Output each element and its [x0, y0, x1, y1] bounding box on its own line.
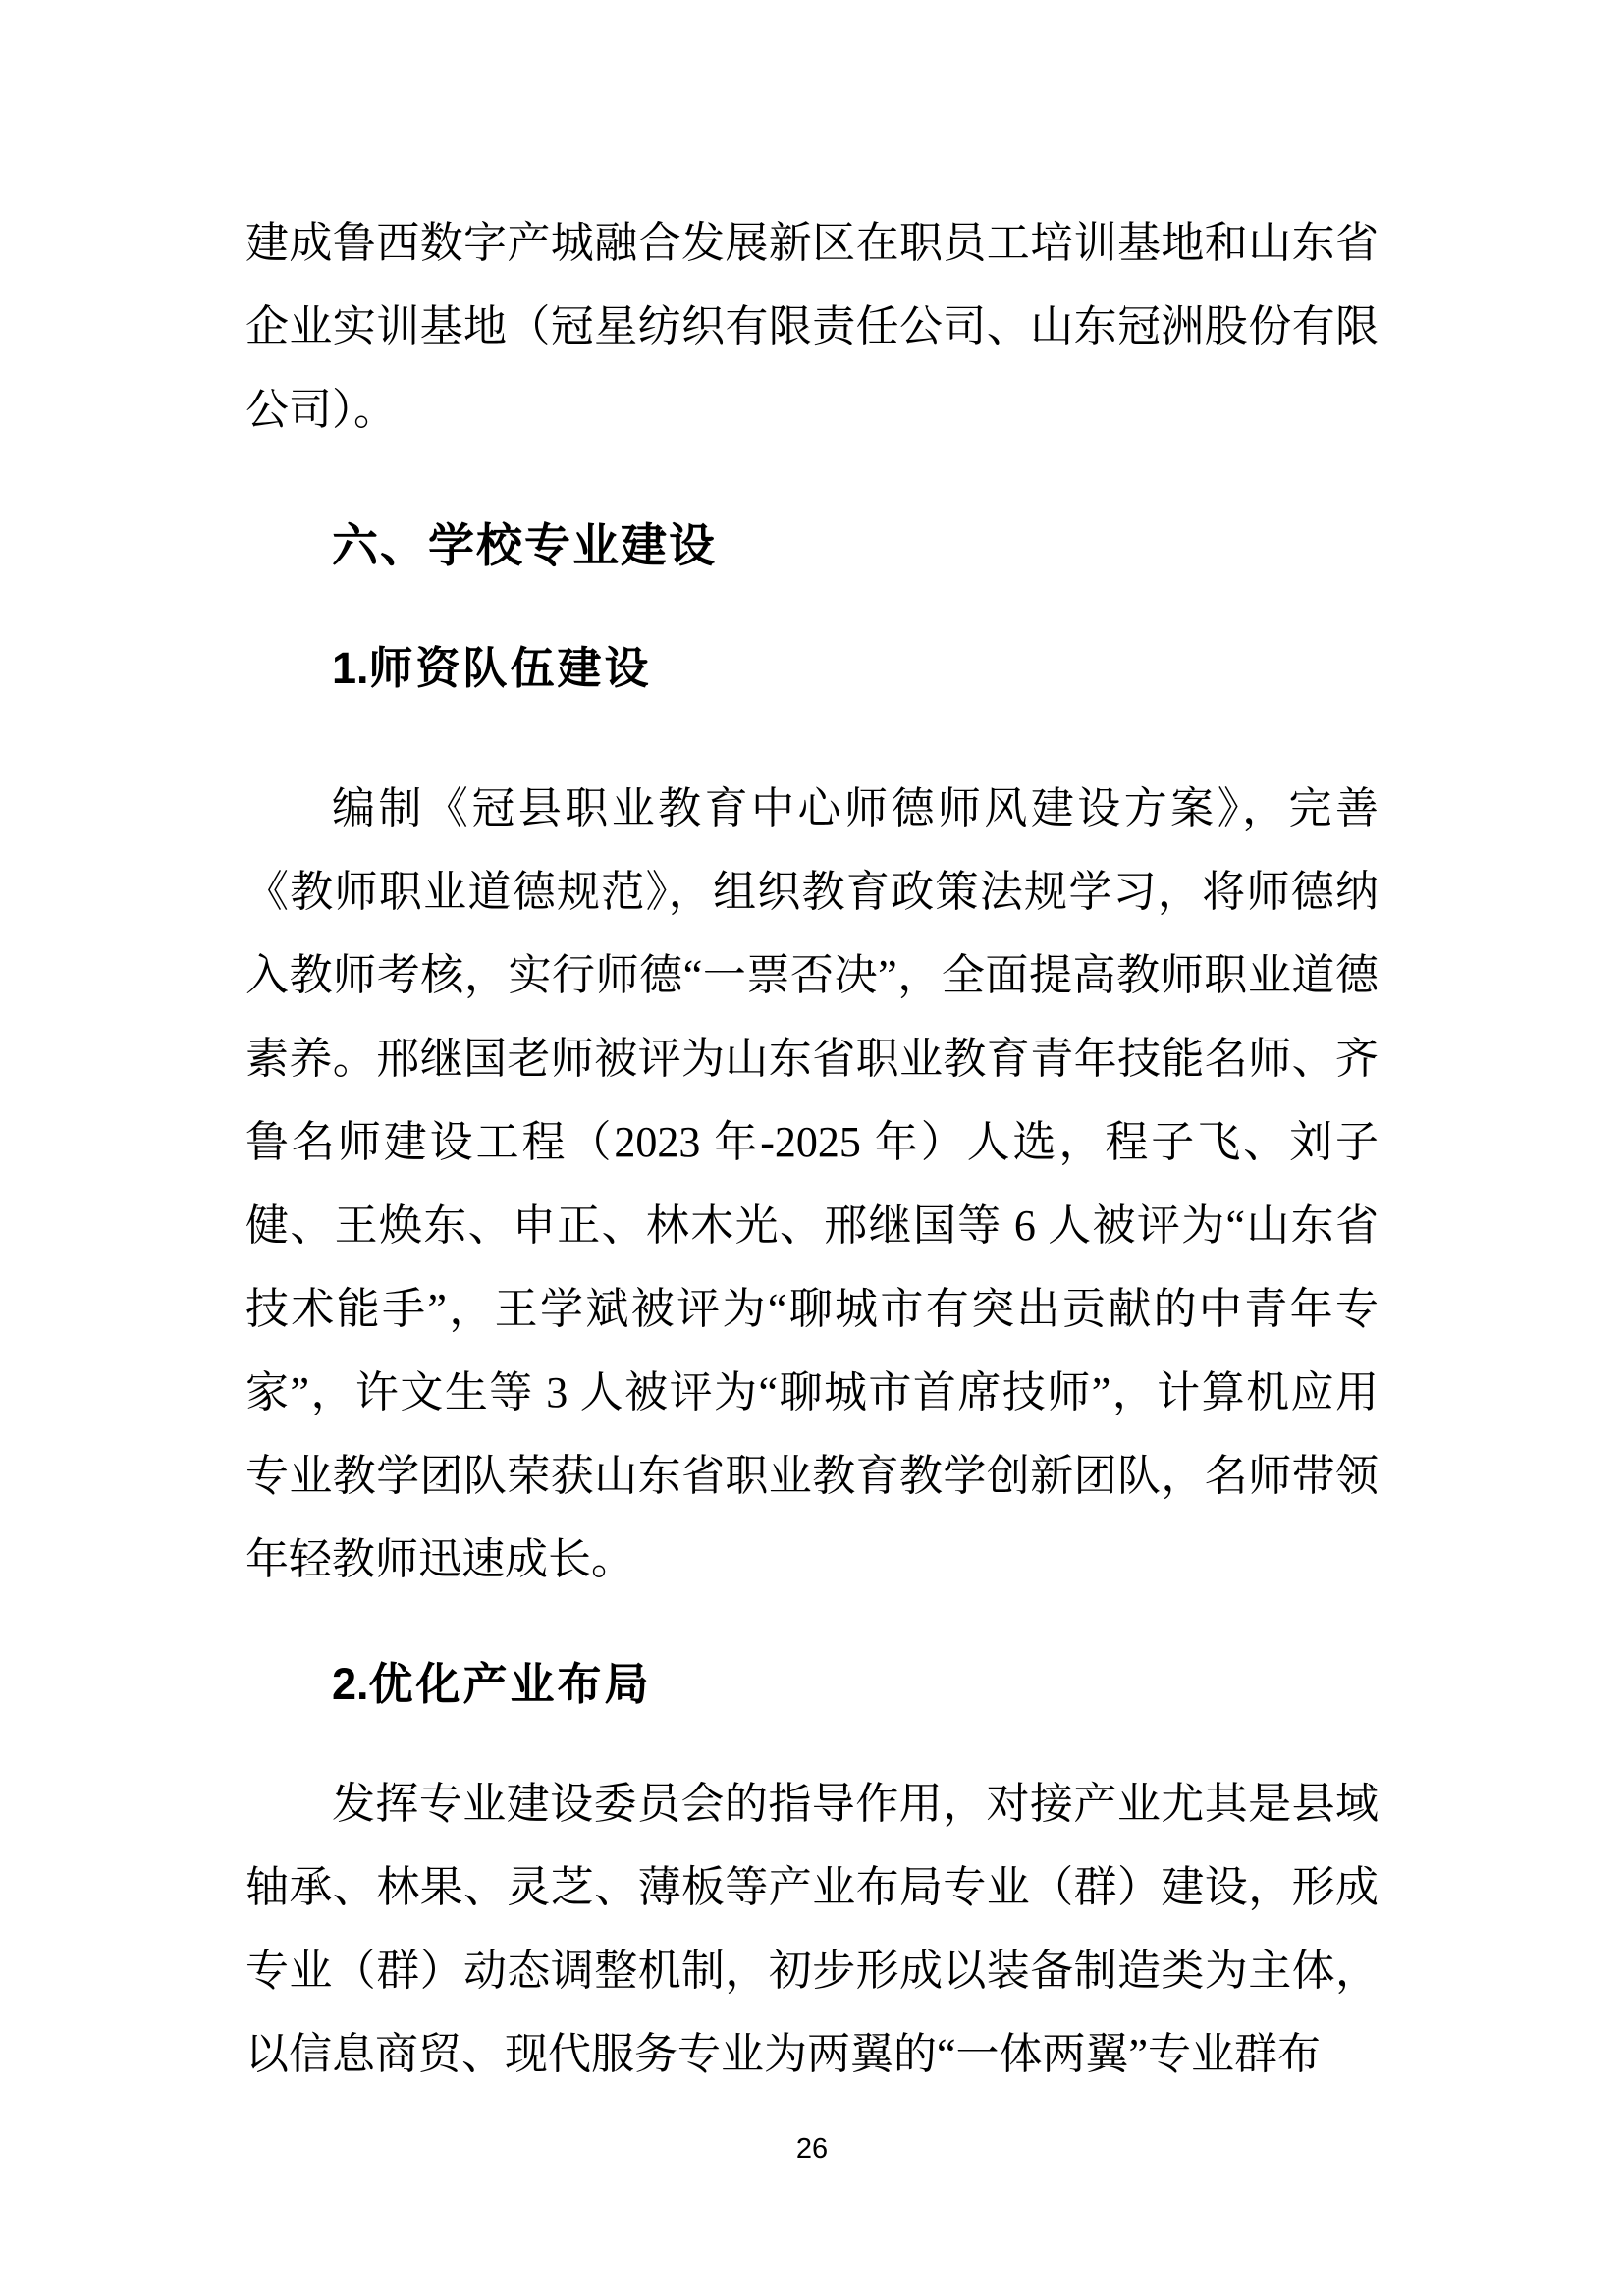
section-heading: 六、学校专业建设 — [245, 504, 1379, 587]
subsection-2-number: 2. — [332, 1659, 369, 1709]
page-number: 26 — [245, 2134, 1379, 2163]
paragraph-teacher-team: 编制《冠县职业教育中心师德师风建设方案》，完善《教师职业道德规范》，组织教育政策… — [245, 767, 1379, 1601]
subsection-heading-2: 2.优化产业布局 — [245, 1642, 1379, 1727]
subsection-heading-1: 1.师资队伍建设 — [245, 626, 1379, 711]
subsection-1-number: 1. — [332, 643, 369, 693]
a4-document-page: 建成鲁西数字产城融合发展新区在职员工培训基地和山东省企业实训基地（冠星纺织有限责… — [0, 0, 1624, 2296]
subsection-1-title: 师资队伍建设 — [369, 644, 652, 693]
paragraph-industry-layout: 发挥专业建设委员会的指导作用，对接产业尤其是县域轴承、林果、灵芝、薄板等产业布局… — [245, 1762, 1379, 2096]
paragraph-continuation: 建成鲁西数字产城融合发展新区在职员工培训基地和山东省企业实训基地（冠星纺织有限责… — [245, 201, 1379, 452]
subsection-2-title: 优化产业布局 — [369, 1660, 652, 1709]
